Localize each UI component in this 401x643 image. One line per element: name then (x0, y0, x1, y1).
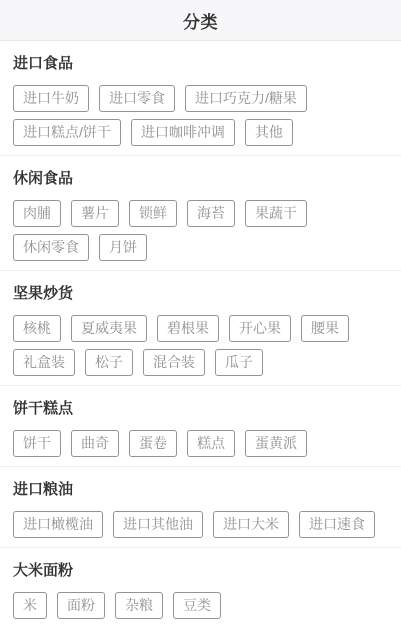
category-section: 进口粮油 进口橄榄油 进口其他油 进口大米 进口速食 (0, 467, 401, 548)
category-tag[interactable]: 夏威夷果 (71, 315, 147, 342)
section-title: 进口粮油 (13, 481, 388, 499)
category-tag[interactable]: 进口大米 (213, 511, 289, 538)
categories-page: 分类 进口食品 进口牛奶 进口零食 进口巧克力/糖果 进口糕点/饼干 进口咖啡冲… (0, 0, 401, 628)
category-tag[interactable]: 曲奇 (71, 430, 119, 457)
category-tag[interactable]: 进口糕点/饼干 (13, 119, 121, 146)
category-tag[interactable]: 杂粮 (115, 592, 163, 619)
category-tag[interactable]: 进口巧克力/糖果 (185, 85, 307, 112)
header: 分类 (0, 0, 401, 41)
category-section: 坚果炒货 核桃 夏威夷果 碧根果 开心果 腰果 礼盒装 松子 混合装 瓜子 (0, 271, 401, 386)
category-tag[interactable]: 米 (13, 592, 47, 619)
category-tag[interactable]: 豆类 (173, 592, 221, 619)
category-section: 进口食品 进口牛奶 进口零食 进口巧克力/糖果 进口糕点/饼干 进口咖啡冲调 其… (0, 41, 401, 156)
category-tag[interactable]: 蛋卷 (129, 430, 177, 457)
tag-list: 进口橄榄油 进口其他油 进口大米 进口速食 (13, 511, 388, 538)
category-tag[interactable]: 休闲零食 (13, 234, 89, 261)
section-title: 大米面粉 (13, 562, 388, 580)
category-tag[interactable]: 薯片 (71, 200, 119, 227)
section-title: 饼干糕点 (13, 400, 388, 418)
category-tag[interactable]: 面粉 (57, 592, 105, 619)
category-tag[interactable]: 肉脯 (13, 200, 61, 227)
category-tag[interactable]: 进口咖啡冲调 (131, 119, 235, 146)
category-tag[interactable]: 碧根果 (157, 315, 219, 342)
tag-list: 进口牛奶 进口零食 进口巧克力/糖果 进口糕点/饼干 进口咖啡冲调 其他 (13, 85, 388, 146)
category-tag[interactable]: 月饼 (99, 234, 147, 261)
section-title: 坚果炒货 (13, 285, 388, 303)
category-tag[interactable]: 进口零食 (99, 85, 175, 112)
category-tag[interactable]: 糕点 (187, 430, 235, 457)
tag-list: 核桃 夏威夷果 碧根果 开心果 腰果 礼盒装 松子 混合装 瓜子 (13, 315, 388, 376)
tag-list: 米 面粉 杂粮 豆类 (13, 592, 388, 619)
category-tag[interactable]: 瓜子 (215, 349, 263, 376)
category-tag[interactable]: 核桃 (13, 315, 61, 342)
category-tag[interactable]: 蛋黄派 (245, 430, 307, 457)
category-tag[interactable]: 海苔 (187, 200, 235, 227)
category-tag[interactable]: 果蔬干 (245, 200, 307, 227)
category-tag[interactable]: 进口速食 (299, 511, 375, 538)
page-title: 分类 (183, 8, 218, 33)
section-title: 休闲食品 (13, 170, 388, 188)
category-tag[interactable]: 进口橄榄油 (13, 511, 103, 538)
category-tag[interactable]: 锁鲜 (129, 200, 177, 227)
category-tag[interactable]: 混合装 (143, 349, 205, 376)
category-section: 休闲食品 肉脯 薯片 锁鲜 海苔 果蔬干 休闲零食 月饼 (0, 156, 401, 271)
category-list: 进口食品 进口牛奶 进口零食 进口巧克力/糖果 进口糕点/饼干 进口咖啡冲调 其… (0, 41, 401, 628)
category-section: 饼干糕点 饼干 曲奇 蛋卷 糕点 蛋黄派 (0, 386, 401, 467)
category-tag[interactable]: 其他 (245, 119, 293, 146)
category-tag[interactable]: 开心果 (229, 315, 291, 342)
category-section: 大米面粉 米 面粉 杂粮 豆类 (0, 548, 401, 628)
category-tag[interactable]: 进口牛奶 (13, 85, 89, 112)
category-tag[interactable]: 饼干 (13, 430, 61, 457)
tag-list: 饼干 曲奇 蛋卷 糕点 蛋黄派 (13, 430, 388, 457)
category-tag[interactable]: 进口其他油 (113, 511, 203, 538)
section-title: 进口食品 (13, 55, 388, 73)
tag-list: 肉脯 薯片 锁鲜 海苔 果蔬干 休闲零食 月饼 (13, 200, 388, 261)
category-tag[interactable]: 松子 (85, 349, 133, 376)
category-tag[interactable]: 腰果 (301, 315, 349, 342)
category-tag[interactable]: 礼盒装 (13, 349, 75, 376)
